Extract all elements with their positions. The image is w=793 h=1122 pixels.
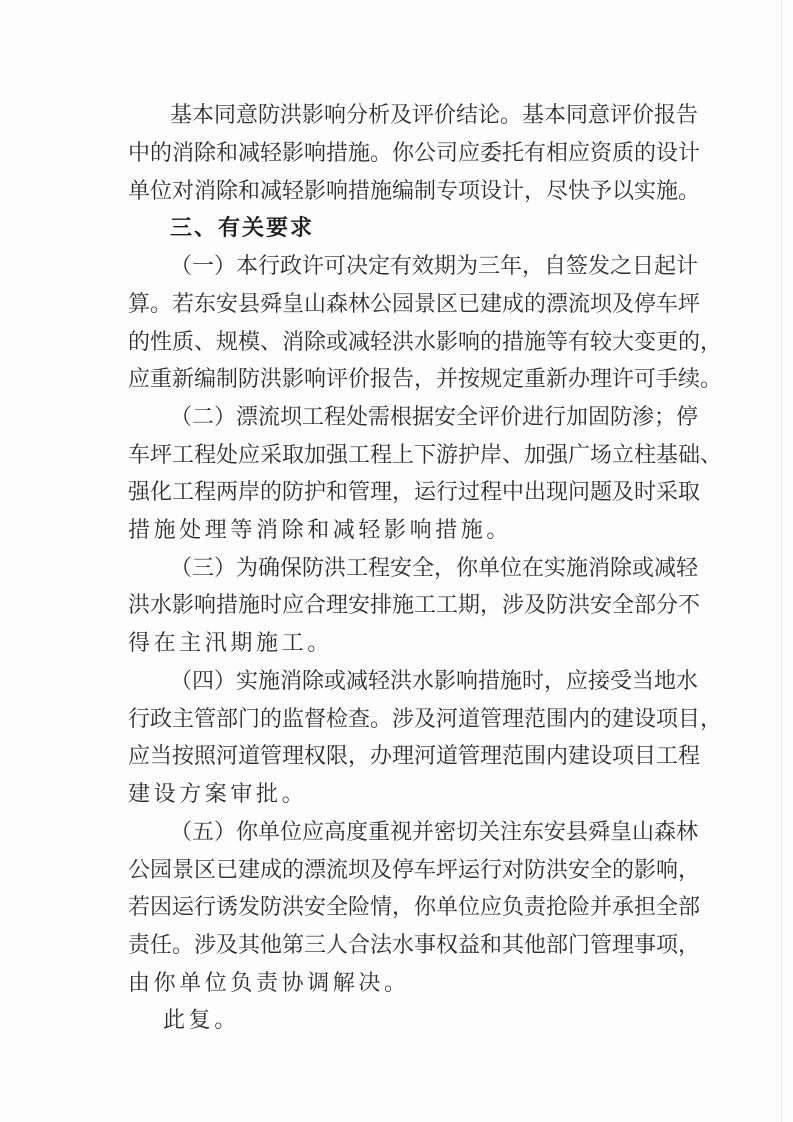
section-heading-requirements: 三、有关要求 bbox=[170, 214, 673, 244]
item-1-line-2: 算。若东安县舜皇山森林公园景区已建成的漂流坝及停车坪 bbox=[128, 290, 673, 320]
item-2-line-2: 车坪工程处应采取加强工程上下游护岸、加强广场立柱基础、 bbox=[128, 441, 673, 471]
item-2-line-1: （二）漂流坝工程处需根据安全评价进行加固防渗；停 bbox=[170, 403, 673, 433]
closing-text: 此复。 bbox=[163, 1006, 666, 1036]
paragraph-conclusion-line-3: 单位对消除和减轻影响措施编制专项设计，尽快予以实施。 bbox=[128, 177, 673, 207]
item-5-line-4: 责任。涉及其他第三人合法水事权益和其他部门管理事项， bbox=[128, 931, 673, 961]
paragraph-conclusion-line-2: 中的消除和减轻影响措施。你公司应委托有相应资质的设计 bbox=[128, 139, 673, 169]
item-4-line-4: 建设方案审批。 bbox=[128, 780, 673, 810]
document-page: 基本同意防洪影响分析及评价结论。基本同意评价报告 中的消除和减轻影响措施。你公司… bbox=[0, 0, 793, 1122]
item-3-line-3: 得在主汛期施工。 bbox=[128, 629, 673, 659]
item-5-line-2: 公园景区已建成的漂流坝及停车坪运行对防洪安全的影响， bbox=[128, 856, 673, 886]
item-4-line-3: 应当按照河道管理权限，办理河道管理范围内建设项目工程 bbox=[128, 742, 673, 772]
item-1-line-3: 的性质、规模、消除或减轻洪水影响的措施等有较大变更的， bbox=[128, 328, 673, 358]
item-2-line-3: 强化工程两岸的防护和管理，运行过程中出现问题及时采取 bbox=[128, 478, 673, 508]
item-4-line-2: 行政主管部门的监督检查。涉及河道管理范围内的建设项目， bbox=[128, 705, 673, 735]
item-2-line-4: 措施处理等消除和减轻影响措施。 bbox=[128, 516, 673, 546]
item-3-line-1: （三）为确保防洪工程安全，你单位在实施消除或减轻 bbox=[170, 554, 673, 584]
scan-edge-line bbox=[781, 0, 782, 1122]
item-1-line-1: （一）本行政许可决定有效期为三年，自签发之日起计 bbox=[170, 252, 673, 282]
item-3-line-2: 洪水影响措施时应合理安排施工工期，涉及防洪安全部分不 bbox=[128, 591, 673, 621]
item-5-line-1: （五）你单位应高度重视并密切关注东安县舜皇山森林 bbox=[170, 818, 673, 848]
item-1-line-4: 应重新编制防洪影响评价报告，并按规定重新办理许可手续。 bbox=[128, 365, 673, 395]
item-5-line-3: 若因运行诱发防洪安全险情，你单位应负责抢险并承担全部 bbox=[128, 893, 673, 923]
item-4-line-1: （四）实施消除或减轻洪水影响措施时，应接受当地水 bbox=[170, 667, 673, 697]
paragraph-conclusion-line-1: 基本同意防洪影响分析及评价结论。基本同意评价报告 bbox=[170, 101, 673, 131]
item-5-line-5: 由你单位负责协调解决。 bbox=[128, 969, 673, 999]
